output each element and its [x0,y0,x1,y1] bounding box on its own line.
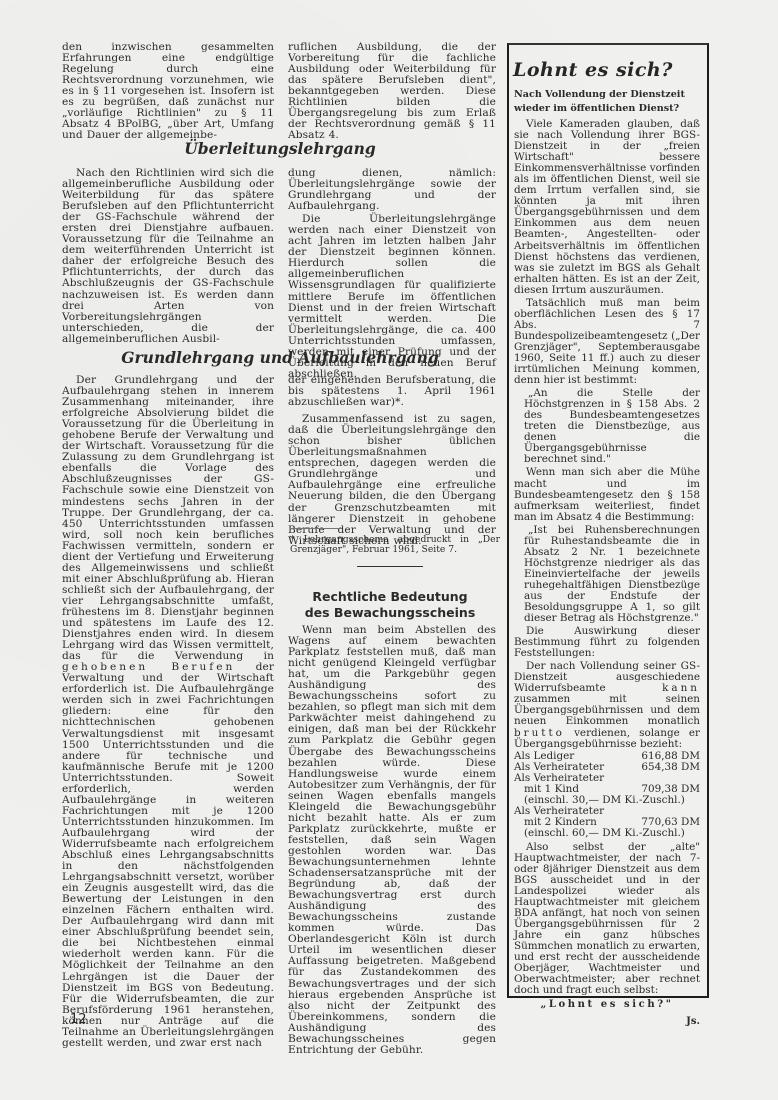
income-row: (einschl. 30,— DM Ki.-Zuschl.) [514,795,700,806]
income-row: mit 1 Kind709,38 DM [514,784,700,795]
section-divider [357,566,423,567]
income-table: Als Lediger616,88 DM Als Verheirateter65… [514,751,700,839]
sidebar-paragraph: Viele Kameraden glauben, daß sie nach Vo… [514,119,700,296]
intro-column-2: ruflichen Ausbildung, die der Vorbereitu… [288,42,496,141]
recht-paragraph: Wenn man beim Abstellen des Wagens auf e… [288,625,496,1056]
sidebar-quote: „Ist bei Ruhensberechnungen für Ruhestan… [514,525,700,624]
income-row: Als Verheirateter [514,773,700,784]
sidebar-body: Viele Kameraden glauben, daß sie nach Vo… [514,119,700,1027]
footnote: * Lehrgangsschema abgedruckt in „Der Gre… [290,535,500,555]
author-signature: Js. [514,1016,700,1027]
sidebar-paragraph: Tatsächlich muß man beim oberflächlichen… [514,298,700,386]
income-row: mit 2 Kindern770,63 DM [514,817,700,828]
sidebar-title: Lohnt es sich? [513,59,673,81]
grundlehrgang-column-1: Der Grundlehrgang und der Aufbaulehrgang… [62,375,274,1049]
grundlehrgang-column-2: der eingehenden Berufsberatung, die bis … [288,375,496,547]
page-number: 12 [70,1012,87,1027]
intro-column-1: den inzwischen gesammelten Erfahrungen e… [62,42,274,141]
ueberleitung-paragraph: Nach den Richtlinien wird sich die allge… [62,168,274,345]
intro-paragraph-1: den inzwischen gesammelten Erfahrungen e… [62,42,274,141]
grundlehrgang-paragraph: Der Grundlehrgang und der Aufbaulehrgang… [62,375,274,1049]
sidebar-paragraph: Der nach Vollendung seiner GS-Dienstzeit… [514,661,700,749]
footnote-divider [290,528,342,529]
magazine-page: den inzwischen gesammelten Erfahrungen e… [0,0,778,1100]
income-row: Als Verheirateter654,38 DM [514,762,700,773]
grundlehrgang-paragraph: Zusammenfassend ist zu sagen, daß die Üb… [288,414,496,547]
heading-ueberleitungslehrgang: Überleitungslehrgang [60,139,500,158]
ueberleitung-column-1: Nach den Richtlinien wird sich die allge… [62,168,274,345]
heading-rechtliche-bedeutung: Rechtliche Bedeutung des Bewachungsschei… [280,589,500,621]
income-row: Als Verheirateter [514,806,700,817]
sidebar-paragraph: Also selbst der „alte" Hauptwachtmeister… [514,842,700,997]
income-row: Als Lediger616,88 DM [514,751,700,762]
heading-grundlehrgang-aufbaulehrgang: Grundlehrgang und Aufbaulehrgang [60,348,500,367]
intro-paragraph-2: ruflichen Ausbildung, die der Vorbereitu… [288,42,496,141]
sidebar-paragraph: Die Auswirkung dieser Bestimmung führt z… [514,626,700,659]
ueberleitung-paragraph: dung dienen, nämlich: Überleitungslehrgä… [288,168,496,212]
income-row: (einschl. 60,— DM Ki.-Zuschl.) [514,828,700,839]
grundlehrgang-paragraph: der eingehenden Berufsberatung, die bis … [288,375,496,408]
recht-column: Wenn man beim Abstellen des Wagens auf e… [288,625,496,1056]
sidebar-quote: „An die Stelle der Höchstgrenzen in § 15… [514,388,700,465]
sidebar-subtitle: Nach Vollendung der Dienstzeit wieder im… [514,88,700,116]
sidebar-paragraph: Wenn man sich aber die Mühe macht und im… [514,467,700,522]
sidebar-closing-question: „Lohnt es sich?" [514,999,700,1010]
